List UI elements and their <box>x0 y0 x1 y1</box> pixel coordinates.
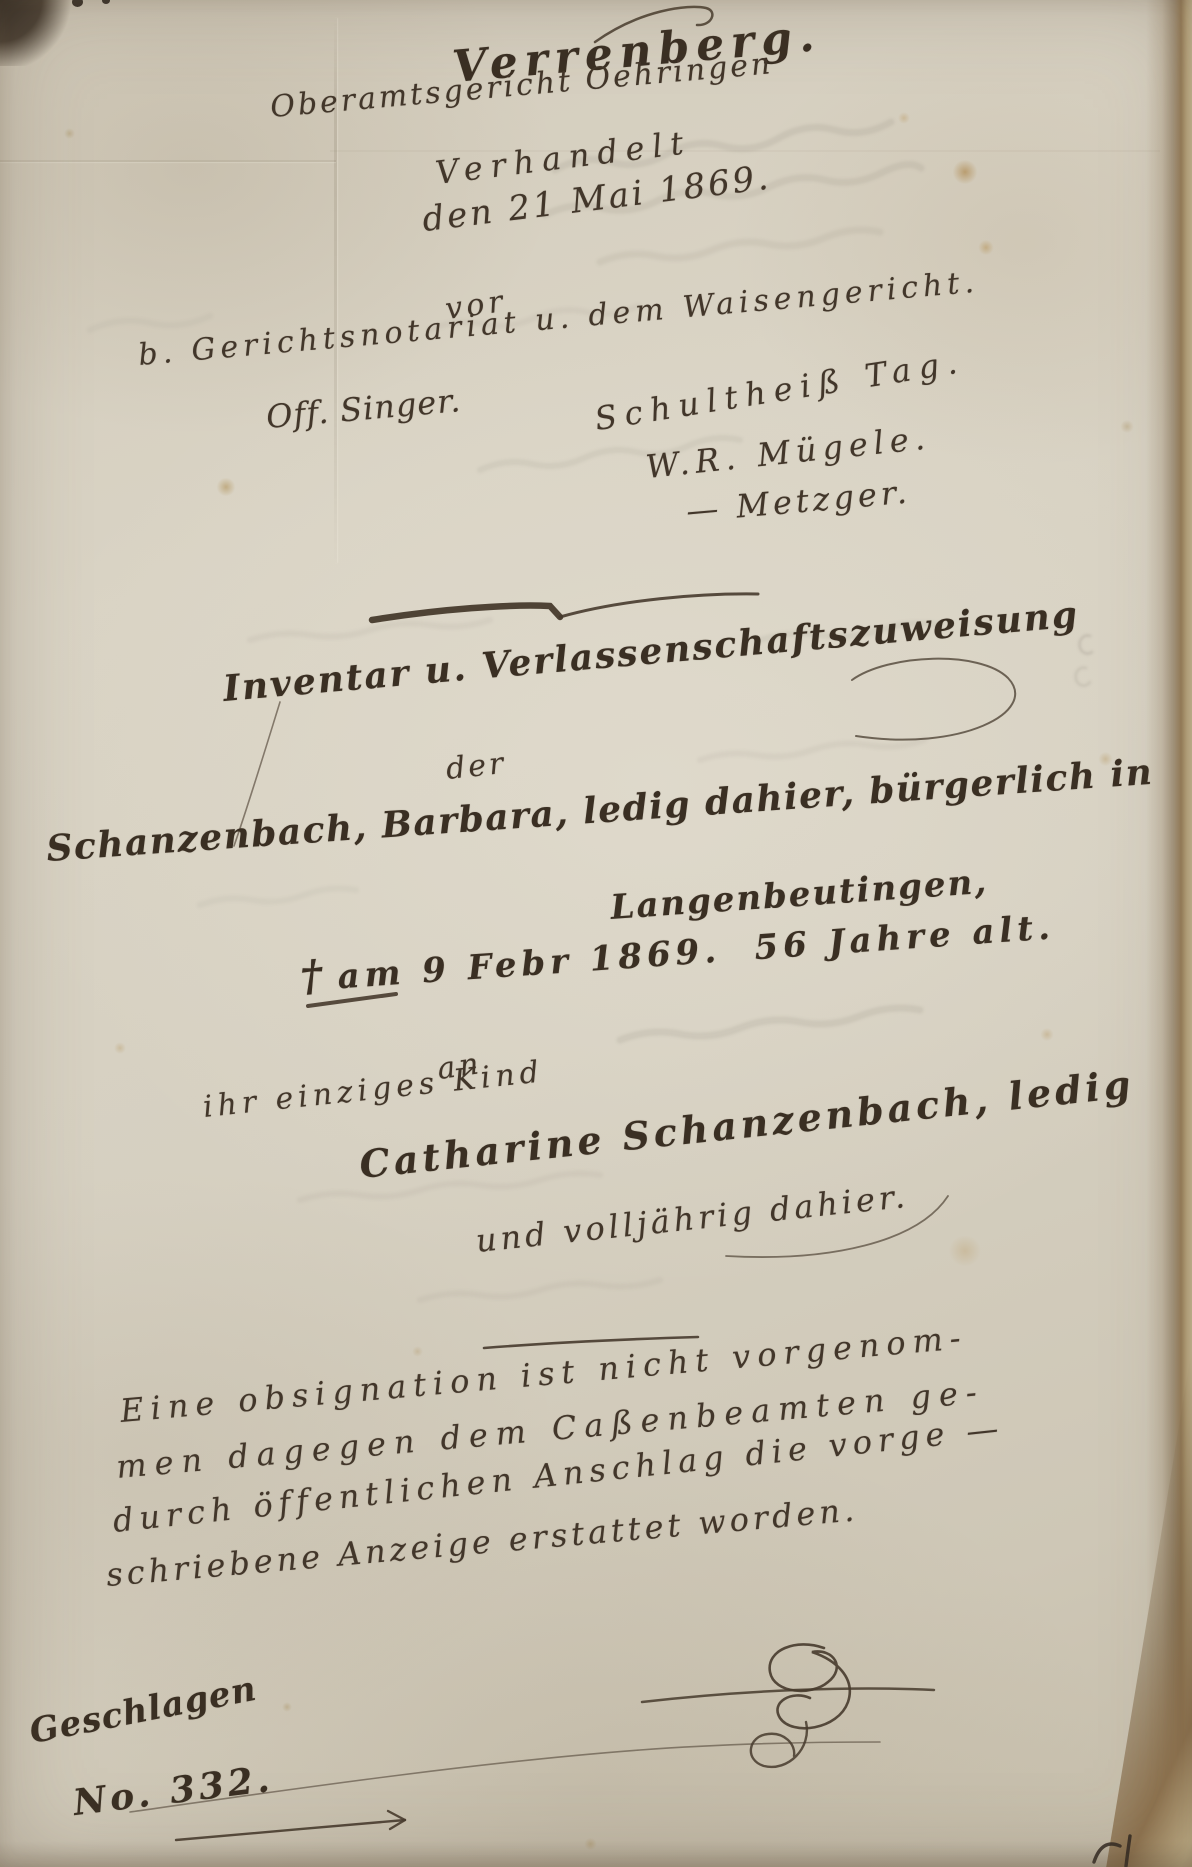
foxing-spot <box>216 478 236 496</box>
edge-speck <box>102 0 110 4</box>
manuscript-page: Verrenberg. Oberamtsgericht Oehringen Ve… <box>0 0 1192 1867</box>
ghost-line <box>620 1008 920 1040</box>
section-divider-left <box>372 606 560 620</box>
foxing-spot <box>114 1042 126 1054</box>
footer-note: Geschlagen <box>26 1669 260 1752</box>
foxing-spot <box>1120 420 1134 433</box>
bottom-shadow <box>0 1841 1192 1867</box>
signature-paraph-tail <box>751 1722 807 1767</box>
edge-speck <box>72 0 83 7</box>
official-left-signature: Off. Singer. <box>265 381 463 436</box>
fold-crease-horizontal <box>0 160 336 162</box>
signature-paraph <box>770 1644 850 1728</box>
heir-intro-line: ihr einziges Kind <box>201 1054 545 1125</box>
footer-arrow-shaft <box>176 1820 405 1840</box>
signature-rule <box>642 1689 934 1703</box>
ghost-line <box>250 620 490 640</box>
foxing-spot <box>948 1236 982 1266</box>
ghost-line <box>420 1280 660 1300</box>
foxing-spot <box>412 1346 423 1357</box>
foxing-spot <box>898 112 910 124</box>
footer-number: No. 332. <box>71 1758 276 1824</box>
ghost-line <box>200 888 356 905</box>
foxing-spot <box>64 128 75 139</box>
official-right-signature-3: — Metzger. <box>685 473 912 530</box>
document-title: Inventar u. Verlassenschaftszuweisung <box>221 593 1080 710</box>
ghost-line <box>700 740 924 760</box>
ghost-line <box>90 316 210 330</box>
title-flourish-loop <box>852 659 1015 740</box>
heir-name-line-2: und volljährig dahier. <box>474 1177 910 1260</box>
authorities-line: b. Gerichtsnotariat u. dem Waisengericht… <box>137 265 980 373</box>
dagger-symbol: † <box>299 950 330 1002</box>
foxing-spot <box>978 240 994 255</box>
footer-arrow-head <box>388 1811 405 1829</box>
ghost-mark <box>1076 668 1090 686</box>
foxing-spot <box>282 1702 292 1712</box>
ghost-mark <box>1080 636 1092 654</box>
torn-corner-top-left <box>0 0 74 66</box>
decedent-line-1: Schanzenbach, Barbara, ledig dahier, bür… <box>45 751 1155 870</box>
foxing-spot <box>952 160 978 184</box>
ghost-line <box>600 230 880 262</box>
foxing-spot <box>1040 1028 1054 1041</box>
section-divider-right <box>560 594 758 617</box>
title-connector: der <box>444 746 508 787</box>
